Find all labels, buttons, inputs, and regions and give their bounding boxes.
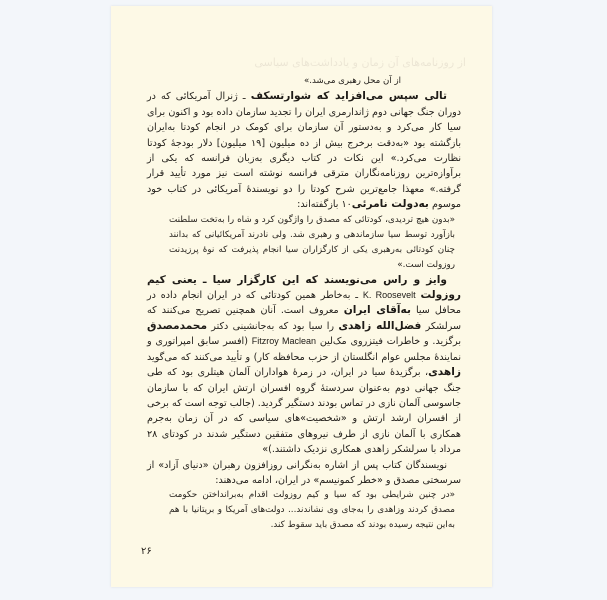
lead-line: از آن محل رهبری می‌شد.» xyxy=(147,74,461,89)
quote-block-2: «در چنین شرایطی بود که سیا و کیم روزولت … xyxy=(147,488,461,533)
bold-phrase-mr-iran: به‌آقای ایران xyxy=(344,304,411,316)
document-page: از روزنامه‌های آن زمان و یادداشت‌های سیا… xyxy=(111,6,492,587)
paragraph-2-text-c: را سیا بود که به‌جانشینی دکتر xyxy=(207,321,338,332)
paragraph-1: تالی سپس می‌افزاید که شوارتسکف ـ ژنرال آ… xyxy=(147,89,461,212)
paragraph-2-text-f: ، برگزیدهٔ سیا در ایران، در زمرهٔ هوادار… xyxy=(147,367,461,455)
bold-name-mossadegh: محمدمصدق xyxy=(147,320,207,332)
bleed-through-text: از روزنامه‌های آن زمان و یادداشت‌های سیا… xyxy=(146,56,466,69)
bold-name-zahedi-2: زاهدی xyxy=(428,366,461,378)
quote-block-1: «بدون هیچ تردیدی، کودتائی که مصدق را واژ… xyxy=(147,213,461,273)
paragraph-3: نویسندگان کتاب پس از اشاره به‌نگرانی روز… xyxy=(147,458,461,489)
paragraph-2-text-d: برگزید. و خاطرات فیتزروی مک‌لین xyxy=(316,336,461,347)
latin-name-maclean: Fitzroy Maclean xyxy=(252,336,316,346)
paragraph-1-tail: ۱۰ بازگفته‌اند: xyxy=(297,199,352,210)
paragraph-1-text: ـ ژنرال آمریکائی که در دوران جنگ جهانی د… xyxy=(147,91,461,210)
paragraph-1-bold-lead: تالی سپس می‌افزاید که شوارتسکف xyxy=(251,90,447,102)
paragraph-2: وایز و راس می‌نویسند که این کارگزار سیا … xyxy=(147,273,461,458)
book-title-invisible-government: به‌دولت نامرئی xyxy=(352,198,429,210)
page-body-text: از آن محل رهبری می‌شد.» تالی سپس می‌افزا… xyxy=(147,74,461,533)
page-number: ۲۶ xyxy=(141,546,152,557)
latin-name-roosevelt: K. Roosevelt xyxy=(363,290,416,300)
bold-name-zahedi: فضل‌الله زاهدی xyxy=(338,320,421,332)
